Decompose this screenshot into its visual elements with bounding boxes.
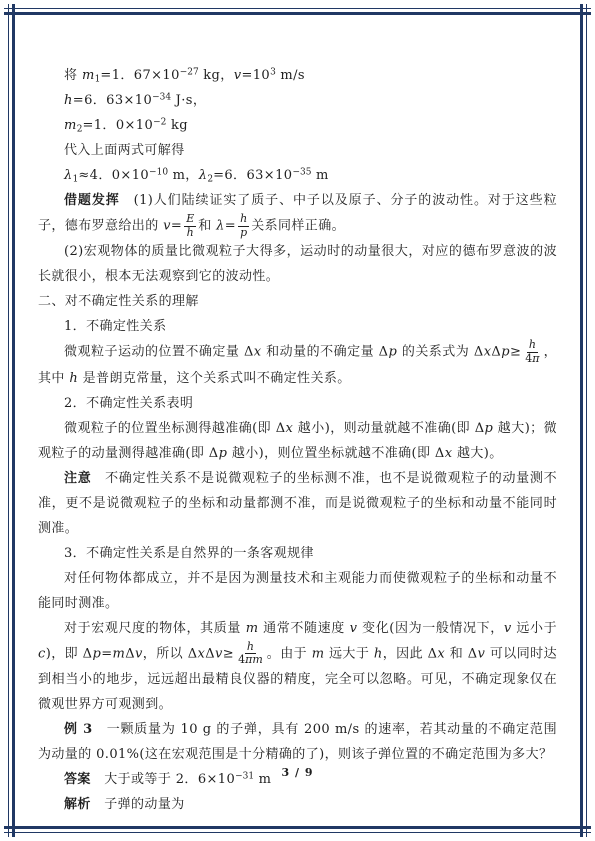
- text-line: m2=1．0×10−2 kg: [38, 113, 557, 138]
- text-line: 对任何物体都成立，并不是因为测量技术和主观能力而使微观粒子的坐标和动量不能同时测…: [38, 566, 557, 616]
- page-border-bottom-inner: [4, 826, 591, 829]
- text-line: λ1≈4．0×10−10 m，λ2=6．63×10−35 m: [38, 163, 557, 188]
- text-line: (2)宏观物体的质量比微观粒子大得多，运动时的动量很大，对应的德布罗意波的波长就…: [38, 239, 557, 289]
- text-line: 例 3 一颗质量为 10 g 的子弹，具有 200 m/s 的速率，若其动量的不…: [38, 717, 557, 767]
- page-border-right-inner: [580, 4, 583, 837]
- text-line: 将 m1=1．67×10−27 kg，v=103 m/s: [38, 63, 557, 88]
- page-border-top-outer: [4, 8, 591, 9]
- text-line: 2．不确定性关系表明: [38, 391, 557, 416]
- text-line: 借题发挥 (1)人们陆续证实了质子、中子以及原子、分子的波动性。对于这些粒子，德…: [38, 188, 557, 239]
- text-line: 微观粒子的位置坐标测得越准确(即 Δx 越小)，则动量就越不准确(即 Δp 越大…: [38, 416, 557, 466]
- text-line: h=6．63×10−34 J·s，: [38, 88, 557, 113]
- page-border-left-outer: [8, 4, 9, 837]
- text-line: 微观粒子运动的位置不确定量 Δx 和动量的不确定量 Δp 的关系式为 ΔxΔp≥…: [38, 339, 557, 390]
- page-border-left-inner: [12, 4, 15, 837]
- page-number: 3 / 9: [0, 766, 595, 779]
- document-page: 将 m1=1．67×10−27 kg，v=103 m/sh=6．63×10−34…: [0, 0, 595, 841]
- page-border-bottom-outer: [4, 832, 591, 833]
- text-line: 代入上面两式可解得: [38, 138, 557, 163]
- text-line: 对于宏观尺度的物体，其质量 m 通常不随速度 v 变化(因为一般情况下，v 远小…: [38, 616, 557, 717]
- page-border-top-inner: [4, 12, 591, 15]
- math-fraction: hp: [238, 213, 249, 239]
- text-line: 1．不确定性关系: [38, 314, 557, 339]
- text-line: 3．不确定性关系是自然界的一条客观规律: [38, 541, 557, 566]
- text-line: 二、对不确定性关系的理解: [38, 289, 557, 314]
- text-line: 解析 子弹的动量为: [38, 792, 557, 817]
- document-body: 将 m1=1．67×10−27 kg，v=103 m/sh=6．63×10−34…: [38, 63, 557, 817]
- math-fraction: Eh: [184, 213, 196, 239]
- text-line: 注意 不确定性关系不是说微观粒子的坐标测不准，也不是说微观粒子的动量测不准，更不…: [38, 466, 557, 541]
- page-border-right-outer: [586, 4, 587, 837]
- math-fraction: h4π: [523, 339, 541, 365]
- math-fraction: h4πm: [236, 641, 265, 667]
